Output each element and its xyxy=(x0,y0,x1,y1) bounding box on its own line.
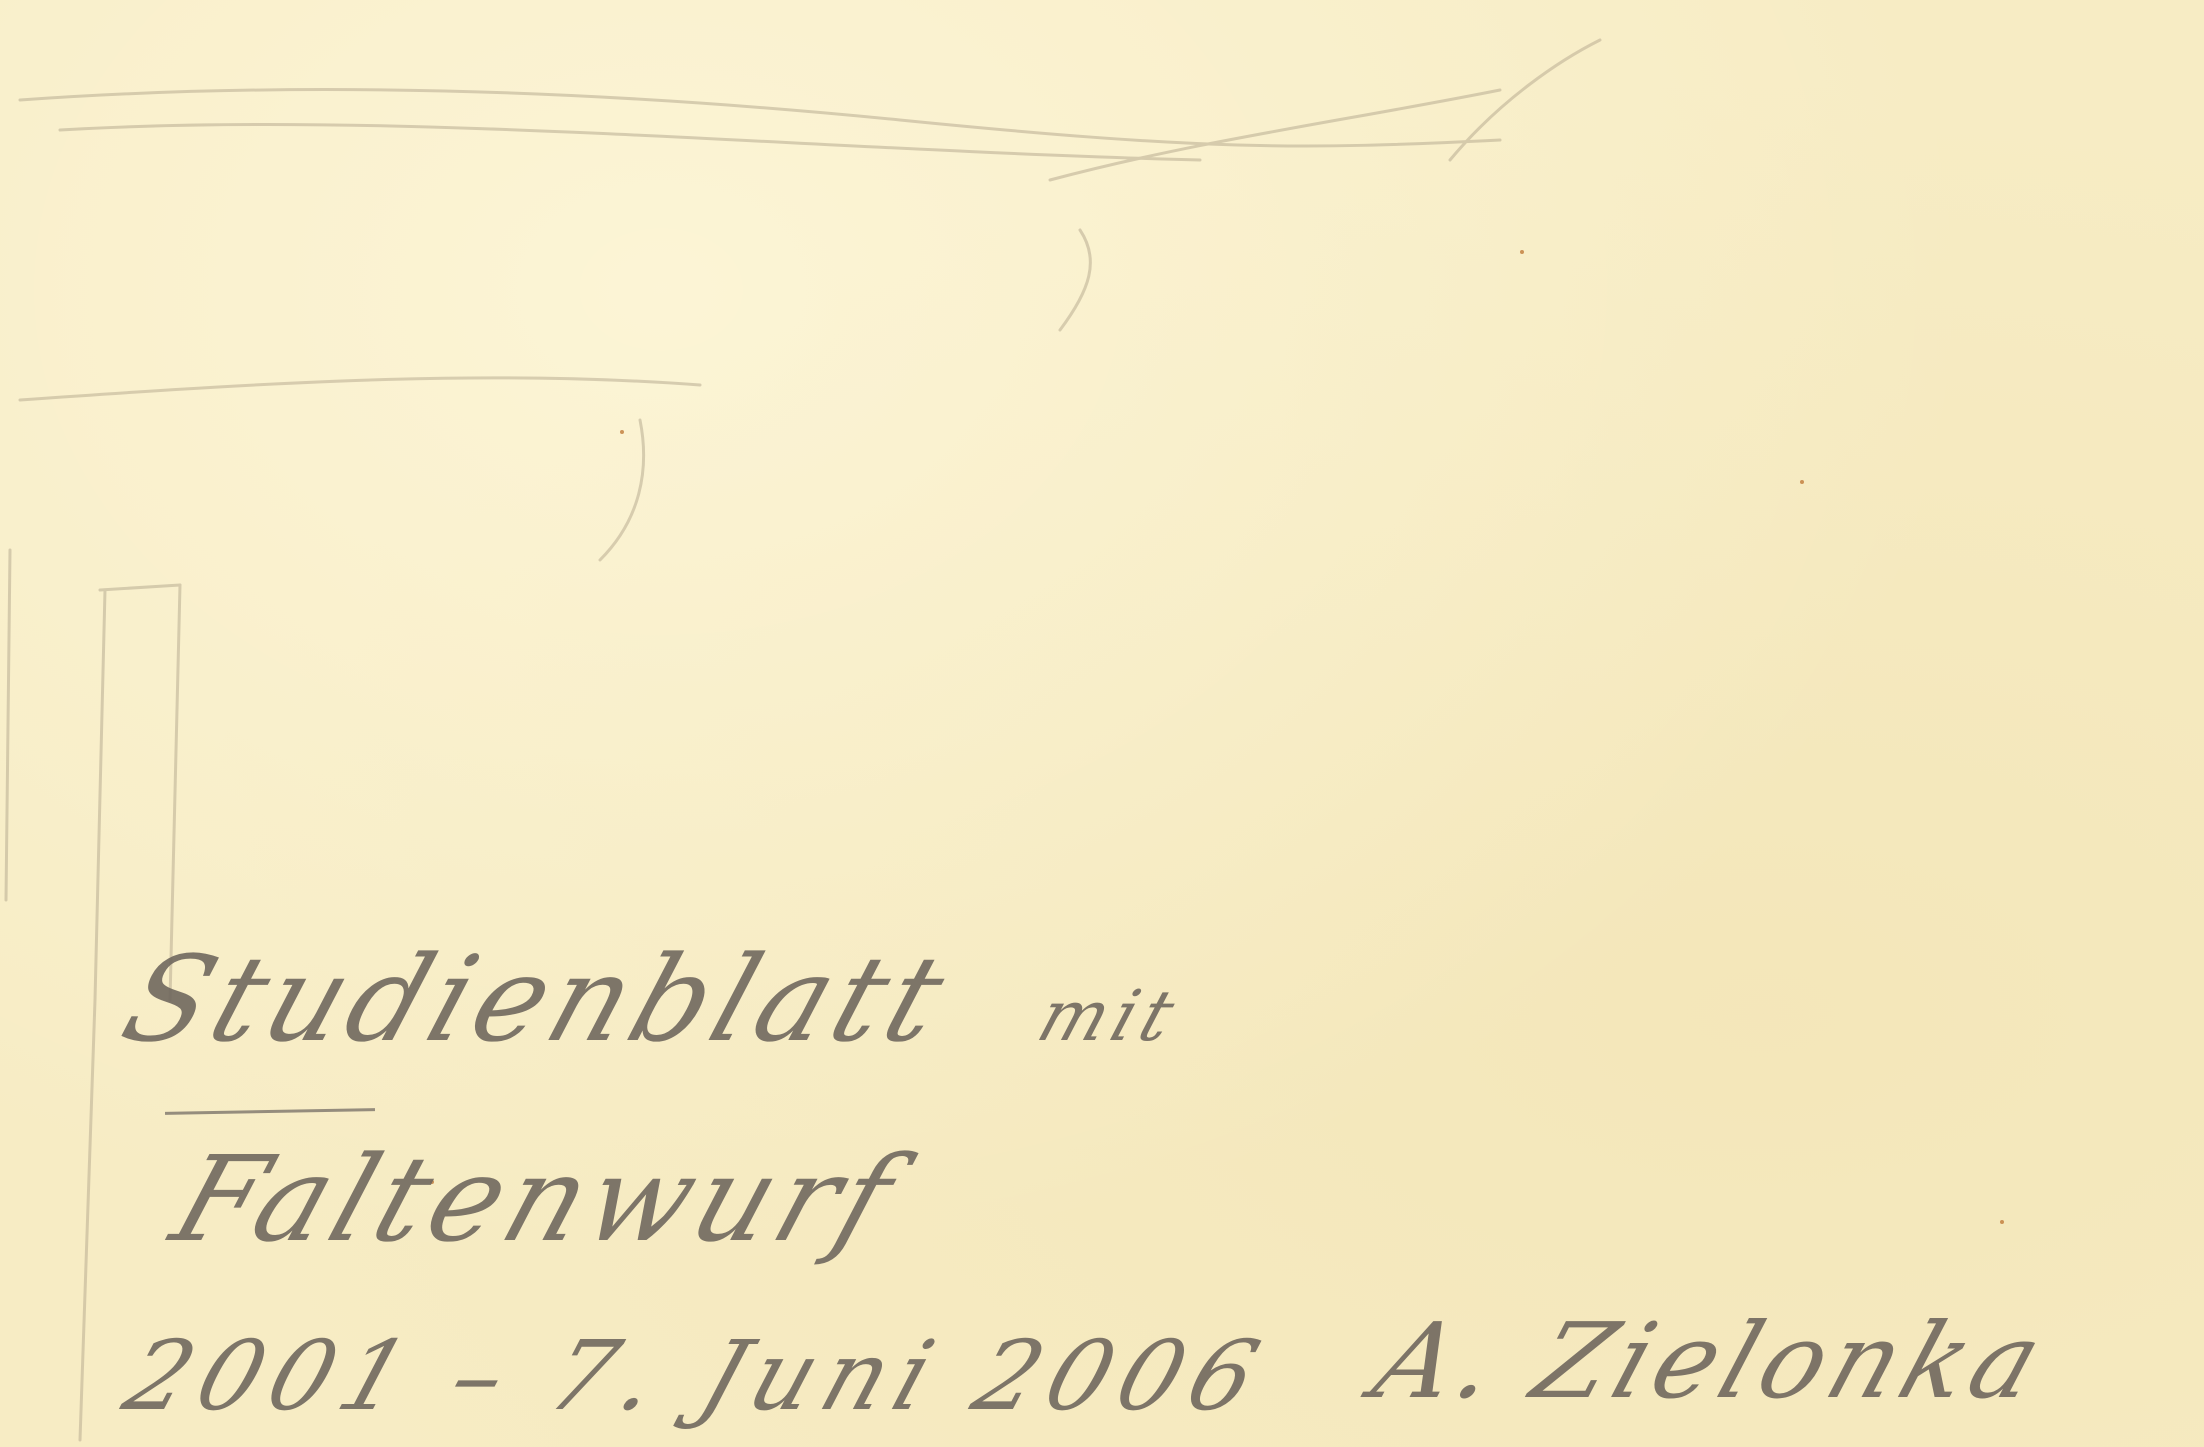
paper-speck xyxy=(1520,250,1524,254)
paper-speck xyxy=(620,430,624,434)
inscription-date: 2001 – 7. Juni 2006 xyxy=(112,1320,1282,1432)
artist-signature: A. Zielonka xyxy=(1360,1300,2062,1422)
inscription-connector: mit xyxy=(1028,975,1190,1057)
paper-sheet: Studienblatt mit Faltenwurf 2001 – 7. Ju… xyxy=(0,0,2204,1447)
paper-speck xyxy=(1800,480,1804,484)
inscription-title-word: Studienblatt xyxy=(108,930,967,1068)
inscription-title-line-1: Studienblatt mit xyxy=(108,930,1205,1068)
paper-speck xyxy=(2000,1220,2004,1224)
inscription-title-line-2: Faltenwurf xyxy=(158,1130,915,1268)
